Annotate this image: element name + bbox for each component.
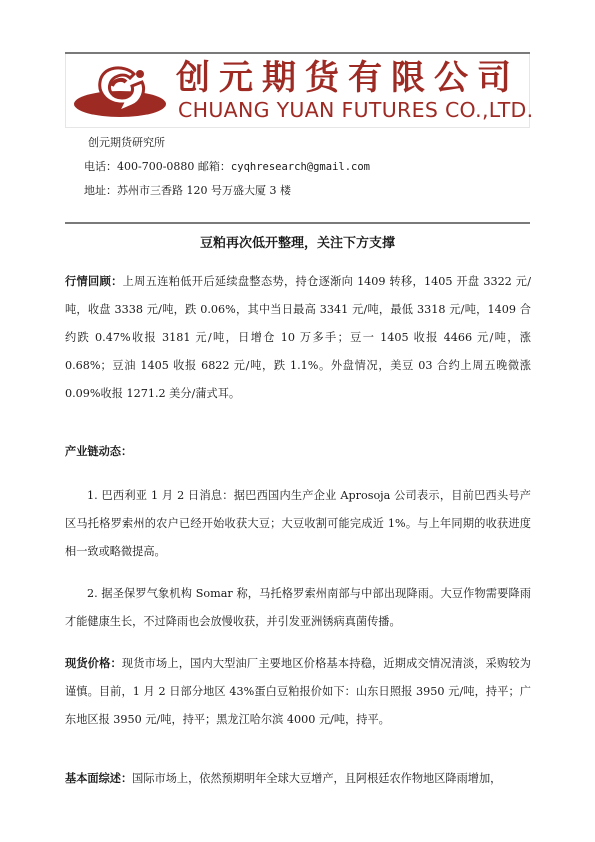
phone-label: 电话： <box>84 160 117 173</box>
market-review-label: 行情回顾： <box>65 275 123 288</box>
fundamentals-label: 基本面综述： <box>65 772 132 785</box>
company-logo-banner: 创元期货有限公司 CHUANG YUAN FUTURES CO.,LTD. <box>65 54 530 128</box>
email-label: 邮箱： <box>198 160 231 173</box>
address-label: 地址： <box>84 184 117 197</box>
market-review-paragraph: 行情回顾：上周五连粕低开后延续盘整态势，持仓逐渐向 1409 转移，1405 开… <box>65 268 531 408</box>
spot-price-label: 现货价格： <box>65 657 122 670</box>
fundamentals-text: 国际市场上，依然预期明年全球大豆增产，且阿根廷农作物地区降雨增加， <box>132 772 501 785</box>
contact-line: 电话：400-700-0880 邮箱：cyqhresearch@gmail.co… <box>84 160 370 174</box>
institute-name: 创元期货研究所 <box>88 136 165 150</box>
spot-price-paragraph: 现货价格：现货市场上，国内大型油厂主要地区价格基本持稳，近期成交情况清淡，采购较… <box>65 650 531 734</box>
fundamentals-paragraph: 基本面综述：国际市场上，依然预期明年全球大豆增产，且阿根廷农作物地区降雨增加， <box>65 765 531 793</box>
company-name-en: CHUANG YUAN FUTURES CO.,LTD. <box>178 98 533 122</box>
email-address: cyqhresearch@gmail.com <box>231 161 370 173</box>
company-name-cn: 创元期货有限公司 <box>176 58 520 98</box>
address-text: 苏州市三香路 120 号万盛大厦 3 楼 <box>117 184 291 197</box>
industry-item-2: 2. 据圣保罗气象机构 Somar 称，马托格罗索州南部与中部出现降雨。大豆作物… <box>65 580 531 636</box>
market-review-text: 上周五连粕低开后延续盘整态势，持仓逐渐向 1409 转移，1405 开盘 332… <box>65 275 531 400</box>
spot-price-text: 现货市场上，国内大型油厂主要地区价格基本持稳，近期成交情况清淡，采购较为谨慎。目… <box>65 657 531 726</box>
industry-item-1: 1. 巴西利亚 1 月 2 日消息：据巴西国内生产企业 Aprosoja 公司表… <box>65 482 531 566</box>
address-line: 地址：苏州市三香路 120 号万盛大厦 3 楼 <box>84 184 291 198</box>
document-title: 豆粕再次低开整理，关注下方支撑 <box>65 232 530 251</box>
industry-chain-heading: 产业链动态： <box>65 443 132 459</box>
divider-rule <box>65 222 530 224</box>
phone-number: 400-700-0880 <box>117 160 194 173</box>
company-logo-icon <box>72 60 168 122</box>
